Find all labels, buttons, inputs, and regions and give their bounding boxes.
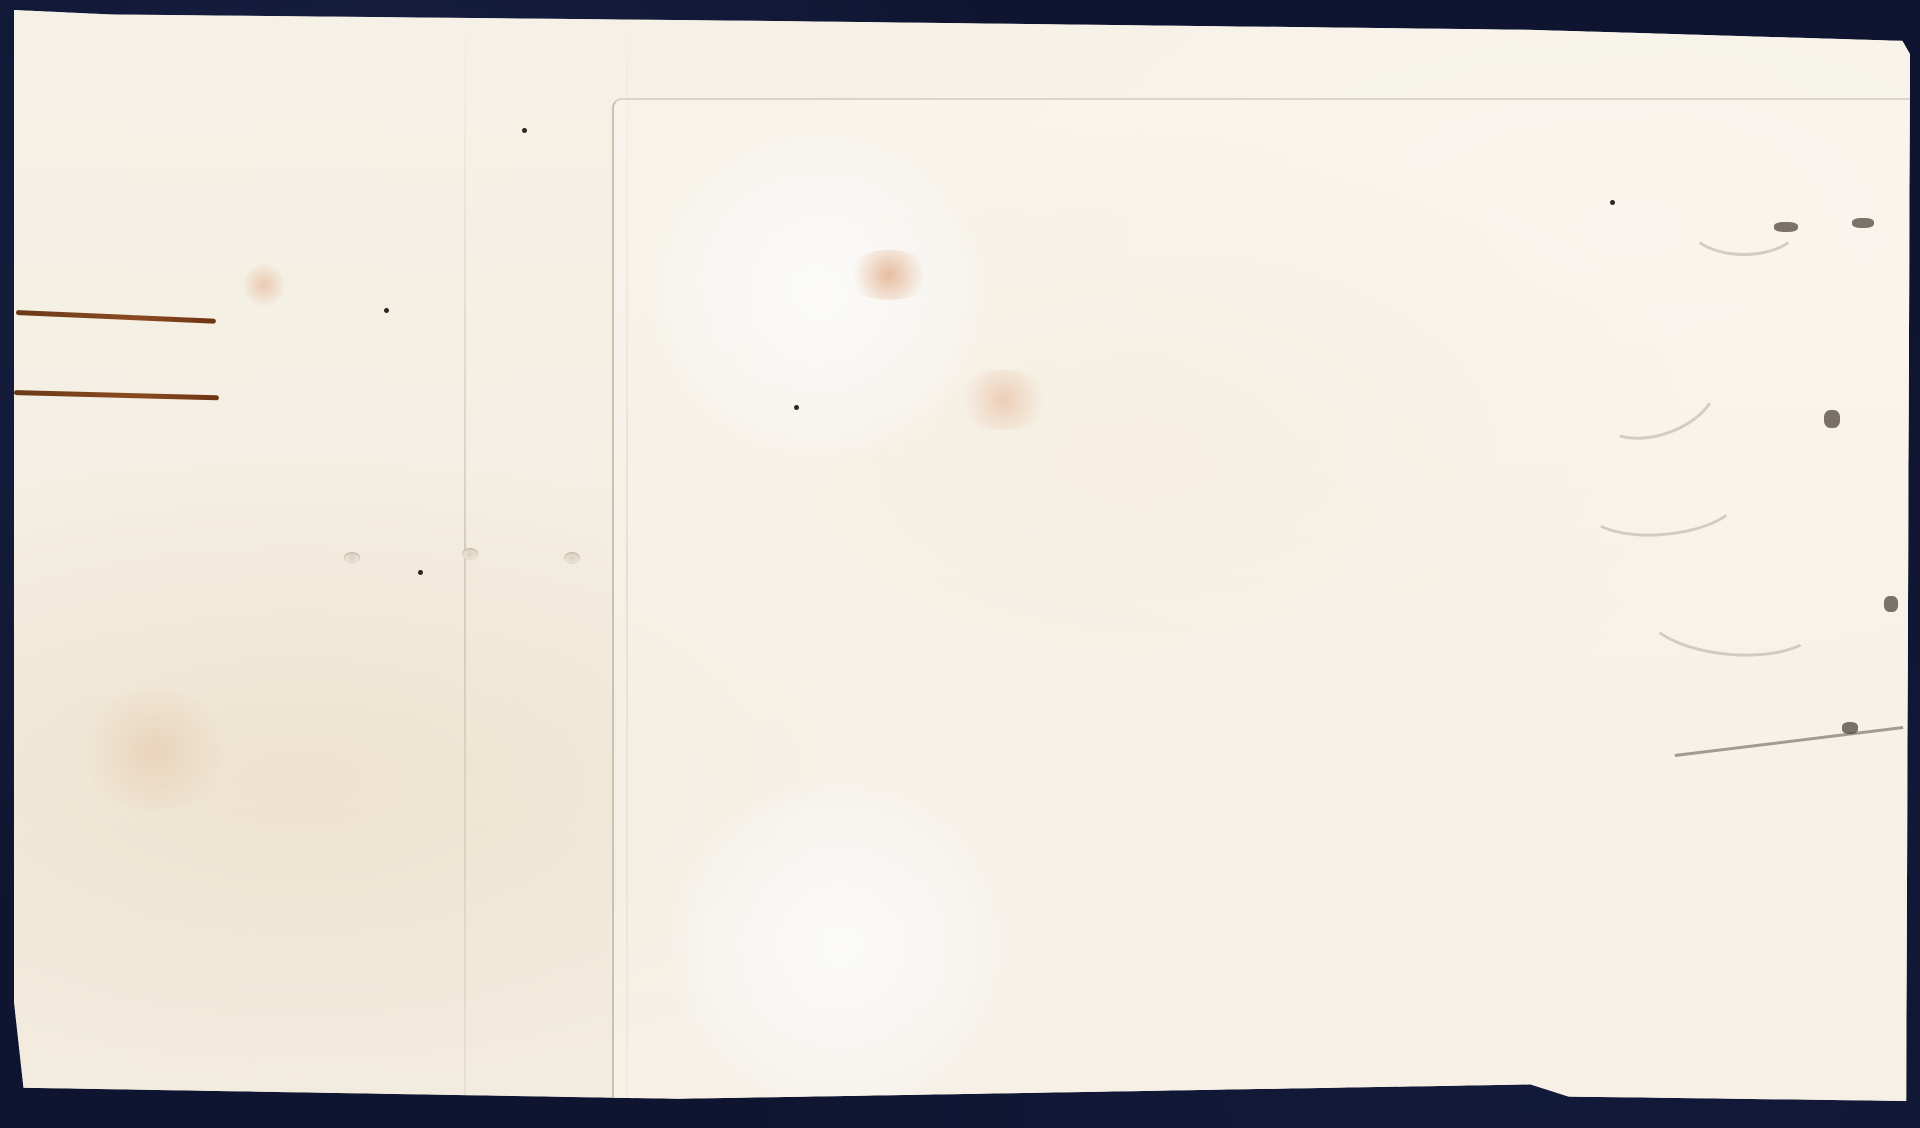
letter-sheet bbox=[14, 10, 1910, 1112]
ink-blot bbox=[1852, 218, 1874, 228]
rust-stain bbox=[244, 260, 284, 310]
speck bbox=[384, 308, 389, 313]
foxing-stain bbox=[74, 690, 234, 810]
fold-line-left bbox=[464, 10, 466, 1112]
rate-mark-stroke bbox=[16, 310, 216, 324]
ink-blot bbox=[1884, 596, 1898, 612]
rate-mark-stroke bbox=[14, 390, 219, 400]
speck bbox=[418, 570, 423, 575]
ink-blot bbox=[1842, 722, 1858, 734]
speck bbox=[1610, 200, 1615, 205]
pin-hole bbox=[344, 552, 360, 564]
ink-blot bbox=[1824, 410, 1840, 428]
rust-stain bbox=[954, 370, 1054, 430]
rust-stain bbox=[844, 250, 934, 300]
ink-blot bbox=[1774, 222, 1798, 232]
pin-hole bbox=[462, 548, 478, 560]
wax-seal-residue-top bbox=[654, 130, 984, 460]
wax-seal-residue-bottom bbox=[669, 780, 1009, 1110]
speck bbox=[522, 128, 527, 133]
pin-hole bbox=[564, 552, 580, 564]
speck bbox=[794, 405, 799, 410]
